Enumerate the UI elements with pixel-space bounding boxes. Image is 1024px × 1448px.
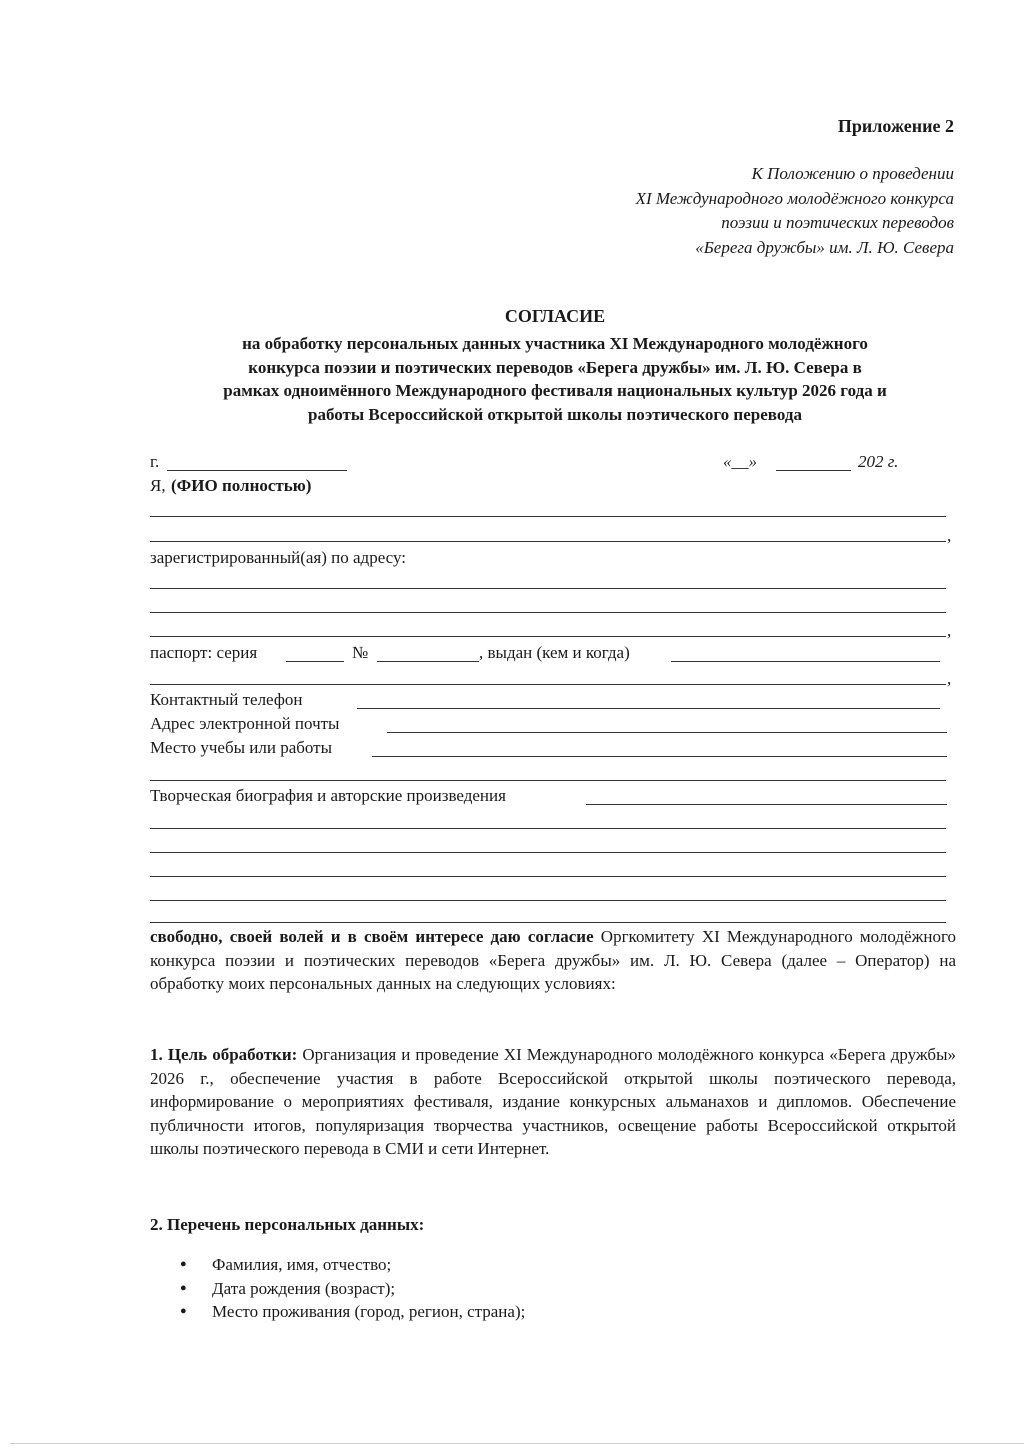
passport-series-label: паспорт: серия [150, 643, 257, 663]
fio-prefix: Я, [150, 476, 166, 496]
list-item: Дата рождения (возраст); [180, 1277, 525, 1301]
subtitle-line: рамках одноимённого Международного фести… [130, 379, 980, 403]
bio-label: Творческая биография и авторские произве… [150, 786, 506, 806]
comma: , [947, 669, 951, 689]
reference-line: поэзии и поэтических переводов [636, 211, 954, 236]
section-heading: 1. Цель обработки: [150, 1045, 297, 1064]
passport-number-label: № [352, 643, 368, 663]
bio-field[interactable] [586, 804, 947, 805]
fio-field-line-2[interactable] [150, 541, 946, 542]
study-work-field-line-2[interactable] [150, 780, 946, 781]
reference-line: «Берега дружбы» им. Л. Ю. Севера [636, 236, 954, 261]
consent-paragraph: свободно, своей волей и в своём интересе… [150, 925, 956, 996]
date-day-field[interactable]: «__» [723, 452, 757, 472]
subtitle-line: на обработку персональных данных участни… [130, 332, 980, 356]
section-purpose: 1. Цель обработки: Организация и проведе… [150, 1043, 956, 1161]
phone-label: Контактный телефон [150, 690, 302, 710]
personal-data-list: Фамилия, имя, отчество; Дата рождения (в… [180, 1253, 525, 1324]
document-subtitle: на обработку персональных данных участни… [130, 332, 980, 426]
subtitle-line: работы Всероссийской открытой школы поэт… [130, 403, 980, 427]
email-label: Адрес электронной почты [150, 714, 339, 734]
bio-field-line-4[interactable] [150, 876, 946, 877]
bio-field-line-5[interactable] [150, 900, 946, 901]
study-work-label: Место учебы или работы [150, 738, 332, 758]
subtitle-line: конкурса поэзии и поэтических переводов … [130, 356, 980, 380]
city-field[interactable] [167, 470, 347, 471]
passport-series-field[interactable] [286, 661, 344, 662]
address-field-line-1[interactable] [150, 588, 946, 589]
passport-number-field[interactable] [377, 661, 479, 662]
address-label: зарегистрированный(ая) по адресу: [150, 548, 406, 568]
bio-field-line-3[interactable] [150, 852, 946, 853]
address-field-line-2[interactable] [150, 612, 946, 613]
city-label: г. [150, 452, 159, 472]
list-item: Место проживания (город, регион, страна)… [180, 1300, 525, 1324]
email-field[interactable] [387, 732, 947, 733]
comma: , [947, 621, 951, 641]
passport-issued-field-line-2[interactable] [150, 684, 946, 685]
appendix-label: Приложение 2 [838, 116, 954, 137]
fio-field-line-1[interactable] [150, 516, 946, 517]
reference-line: XI Международного молодёжного конкурса [636, 187, 954, 212]
consent-document-page: Приложение 2 К Положению о проведении XI… [0, 0, 1024, 1448]
phone-field[interactable] [357, 708, 940, 709]
study-work-field[interactable] [372, 756, 947, 757]
fio-label: (ФИО полностью) [171, 476, 311, 496]
passport-issued-field[interactable] [671, 661, 940, 662]
document-title: СОГЛАСИЕ [120, 306, 990, 327]
bio-field-line-6[interactable] [150, 922, 946, 923]
page-edge-divider [10, 1443, 1024, 1444]
bio-field-line-2[interactable] [150, 828, 946, 829]
regulation-reference: К Положению о проведении XI Международно… [636, 162, 954, 260]
list-item: Фамилия, имя, отчество; [180, 1253, 525, 1277]
section-data-list-heading: 2. Перечень персональных данных: [150, 1213, 956, 1237]
passport-issued-label: , выдан (кем и когда) [479, 643, 630, 663]
reference-line: К Положению о проведении [636, 162, 954, 187]
comma: , [947, 526, 951, 546]
date-month-field[interactable] [776, 470, 851, 471]
date-year-label: 202 г. [858, 452, 898, 472]
address-field-line-3[interactable] [150, 636, 946, 637]
consent-intro-bold: свободно, своей волей и в своём интересе… [150, 927, 594, 946]
